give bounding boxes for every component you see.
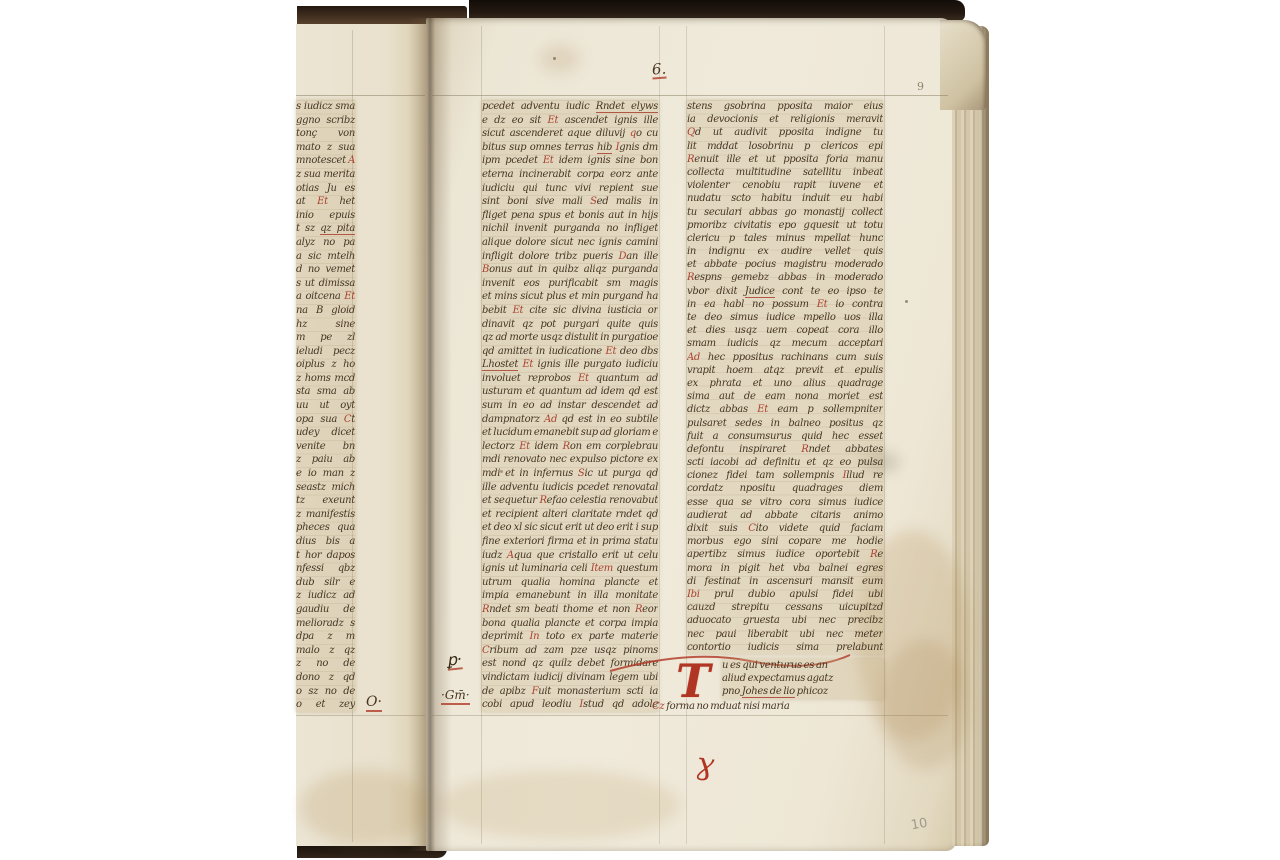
manuscript-line: clericu p tales minus mpellat hunc <box>687 232 883 245</box>
manuscript-line: pulsaret sedes in balneo positus qz <box>687 417 883 430</box>
right-page-column-2: stens gsobrina pposita maior eiusia devo… <box>687 100 883 654</box>
manuscript-line: tonç von <box>296 127 355 141</box>
manuscript-line: scti iacobi ad definitu et qz eo pulsa <box>687 456 883 469</box>
manuscript-line: cobi apud leodiu Istud qd adole <box>482 698 658 712</box>
manuscript-line: bona qualia plancte et corpa impia <box>482 617 658 631</box>
manuscript-line: o sz no de <box>296 685 355 699</box>
ruling-line <box>296 95 425 96</box>
manuscript-line: sint boni sive mali Sed malis in <box>482 195 658 209</box>
manuscript-line: mnotescet A <box>296 154 355 168</box>
manuscript-line: Bonus aut in quibz aliqz purganda <box>482 263 658 277</box>
manuscript-line: defontu inspiraret Rndet abbates <box>687 443 883 456</box>
manuscript-line: involuet reprobos Et quantum ad calid <box>482 372 658 386</box>
manuscript-line: et sequetur Refao celestia renovabut <box>482 494 658 508</box>
manuscript-line: impia emanebunt in illa monitate <box>482 589 658 603</box>
manuscript-line: Qd ut audivit pposita indigne tu <box>687 126 883 139</box>
manuscript-line: pno Johes de lio phicoz <box>722 685 884 698</box>
manuscript-line: m pe zl <box>296 331 355 345</box>
manuscript-line: cionez fidei tam sollempnis Illud re <box>687 469 883 482</box>
manuscript-line: udey dicet <box>296 426 355 440</box>
manuscript-line: seastz mich <box>296 481 355 495</box>
manuscript-line: ex phrata et uno alius quadrage <box>687 377 883 390</box>
manuscript-line: aliud expectamus agatz <box>722 672 884 685</box>
manuscript-line: collecta multitudine satellitu inbeat <box>687 166 883 179</box>
gutter-shadow <box>408 18 452 851</box>
manuscript-line: z manifestis <box>296 508 355 522</box>
final-paragraph-tail: Cz forma no mduat nisi maria <box>652 700 884 714</box>
manuscript-line: s ut dimissa <box>296 277 355 291</box>
manuscript-photo: s iudicz smaggno scribztonç vonmato z su… <box>0 0 1280 860</box>
manuscript-line: morbus ego sini copare me hodie <box>687 535 883 548</box>
manuscript-line: di festinat in ascensuri mansit eum <box>687 575 883 588</box>
manuscript-line: melioradz s <box>296 617 355 631</box>
margin-note-o: O· <box>366 695 382 712</box>
manuscript-line: smam iudicis qz mecum acceptari <box>687 337 883 350</box>
manuscript-line: otias Ju es <box>296 182 355 196</box>
water-stain <box>440 770 680 840</box>
final-paragraph: u es qui venturus es analiud expectamus … <box>722 659 884 699</box>
manuscript-line: pcedet adventu iudic Rndet elyws <box>482 100 658 114</box>
manuscript-line: et dies usqz uem copeat cora illo <box>687 324 883 337</box>
manuscript-line: z sua merita <box>296 168 355 182</box>
water-stain <box>880 640 970 770</box>
manuscript-line: et abbate pocius magistru moderado <box>687 258 883 271</box>
stain-spot <box>540 45 580 73</box>
manuscript-line: na B gloid <box>296 304 355 318</box>
manuscript-line: mdi et in infernus Sic ut purga qd ignis <box>482 467 658 481</box>
manuscript-line: z iudicz ad <box>296 589 355 603</box>
manuscript-line: lectorz Et idem Ron em corplebrau <box>482 440 658 454</box>
manuscript-line: qz ad morte usqz distulit in purgatioe <box>482 331 658 345</box>
margin-note-p: ꝑ· <box>446 652 463 671</box>
manuscript-line: e dz eo sit Et ascendet ignis ille <box>482 114 658 128</box>
manuscript-line: violenter cenobiu rapit iuvene et <box>687 179 883 192</box>
left-page-text-column: s iudicz smaggno scribztonç vonmato z su… <box>296 100 355 712</box>
manuscript-line: iudiciu qui tunc vivi repient sue <box>482 182 658 196</box>
manuscript-line: sta sma ab <box>296 385 355 399</box>
manuscript-line: te deo simus iudice mpello uos illa <box>687 311 883 324</box>
manuscript-line: vbor dixit Judice cont te eo ipso te <box>687 285 883 298</box>
manuscript-line: t hor dapos <box>296 549 355 563</box>
manuscript-line: opa sua Ct <box>296 413 355 427</box>
manuscript-line: alique dolore sicut nec ignis camini <box>482 236 658 250</box>
manuscript-line: et deo xl sic sicut erit ut deo erit i s… <box>482 521 658 535</box>
manuscript-line: o et zey ignis <box>296 698 355 712</box>
manuscript-line: eterna incinerabit corpa eorz ante <box>482 168 658 182</box>
manuscript-line: mora in pigit het vba balnei egres <box>687 562 883 575</box>
manuscript-line: ille adventu iudicis pcedet renovatal <box>482 481 658 495</box>
manuscript-line: Lhostet Et ignis ille purgato iudiciu <box>482 358 658 372</box>
manuscript-line: dampnatorz Ad qd est in eo subtile <box>482 413 658 427</box>
manuscript-line: invenit eos purificabit sm magis <box>482 277 658 291</box>
manuscript-line: usturam et quantum ad idem qd est gros <box>482 385 658 399</box>
manuscript-line: at Et het <box>296 195 355 209</box>
ruling-line <box>432 95 948 96</box>
manuscript-line: infligit dolore tribz pueris Dan ille <box>482 250 658 264</box>
manuscript-line: qd amittet in iudicatione Et deo dbs <box>482 345 658 359</box>
manuscript-line: et recipient alteri claritate rndet qd <box>482 508 658 522</box>
manuscript-line: s iudicz sma <box>296 100 355 114</box>
manuscript-line: tu seculari abbas go monastij collect <box>687 206 883 219</box>
manuscript-line: z homs mcd <box>296 372 355 386</box>
manuscript-line: inio epuis <box>296 209 355 223</box>
ruling-line <box>296 715 425 716</box>
manuscript-line: z no de <box>296 657 355 671</box>
manuscript-line: Ibi prul dubio apulsi fidei ubi <box>687 588 883 601</box>
ruling-line <box>659 26 660 844</box>
manuscript-line: a sic mtelh <box>296 250 355 264</box>
manuscript-line: gaudiu de <box>296 603 355 617</box>
manuscript-line: dinavit qz pot purgari quite quis <box>482 318 658 332</box>
manuscript-line: oiplus z ho <box>296 358 355 372</box>
manuscript-line: nudatu scto habitu induit eu habi <box>687 192 883 205</box>
foxing-speck <box>905 300 908 303</box>
manuscript-line: esse qua se vitro cora simus iudice <box>687 496 883 509</box>
foxing-speck <box>553 57 556 60</box>
manuscript-line: cauzd strepitu cessans uicupitzd <box>687 601 883 614</box>
manuscript-line: dictz abbas Et eam p sollempniter <box>687 403 883 416</box>
folio-number-top: 9 <box>917 80 924 93</box>
manuscript-line: aduocato gruesta ubi nec precibz <box>687 614 883 627</box>
manuscript-line: apertibz simus iudice oportebit Re <box>687 548 883 561</box>
manuscript-line: venite bn <box>296 440 355 454</box>
manuscript-line: Respns gemebz abbas in moderado <box>687 271 883 284</box>
manuscript-line: e io man z <box>296 467 355 481</box>
manuscript-line: iudz Aqua que cristallo erit ut celu <box>482 549 658 563</box>
manuscript-line: in ea habl no possum Et io contra <box>687 298 883 311</box>
manuscript-line: in indignu ex audire vellet quis <box>687 245 883 258</box>
manuscript-line: dub silr e <box>296 576 355 590</box>
manuscript-line: dixit suis Cito videte quid faciam <box>687 522 883 535</box>
margin-note-gm: ·Gm̄· <box>441 688 470 705</box>
manuscript-line: nfessi qbz <box>296 562 355 576</box>
manuscript-line: ieludi pecz <box>296 345 355 359</box>
manuscript-line: z paiu ab <box>296 453 355 467</box>
manuscript-line: ia devocionis et religionis meravit <box>687 113 883 126</box>
manuscript-line: sima aut de eam nona moriet est <box>687 390 883 403</box>
manuscript-line: nichil invenit purganda no infliget <box>482 222 658 236</box>
manuscript-line: cordatz npositu quadrages diem <box>687 482 883 495</box>
manuscript-line: de apibz Fuit monasterium scti ia <box>482 685 658 699</box>
page-corner-stack <box>940 20 986 110</box>
manuscript-line: ggno scribz <box>296 114 355 128</box>
manuscript-line: nec paui liberabit ubi nec meter <box>687 628 883 641</box>
manuscript-line: lit mddat losobrinu p clericos epi <box>687 140 883 153</box>
right-page-column-1: pcedet adventu iudic Rndet elywse dz eo … <box>482 100 658 712</box>
water-stain <box>300 770 430 845</box>
manuscript-line: u es qui venturus es an <box>722 659 884 672</box>
manuscript-line: utrum qualia homina plancte et corpa <box>482 576 658 590</box>
manuscript-line: dpa z m <box>296 630 355 644</box>
manuscript-line: dono z qd <box>296 671 355 685</box>
quire-mark: 6. <box>651 62 666 80</box>
manuscript-line: et lucidum emanebit sup ad gloriam e <box>482 426 658 440</box>
manuscript-line: malo z qz <box>296 644 355 658</box>
manuscript-line: vrapit hoem atqz previt et epulis <box>687 364 883 377</box>
manuscript-line: ignis ut luminaria celi Item questum <box>482 562 658 576</box>
manuscript-line: a oitcena Et <box>296 290 355 304</box>
ruling-line <box>432 715 948 716</box>
manuscript-line: tz exeunt <box>296 494 355 508</box>
manuscript-line: mato z sua <box>296 141 355 155</box>
manuscript-line: Rndet sm beati thome et non Reor <box>482 603 658 617</box>
manuscript-line: alyz no pa <box>296 236 355 250</box>
manuscript-line: audierat ad abbate citaris animo <box>687 509 883 522</box>
manuscript-line: Renuit ille et ut pposita foria manu <box>687 153 883 166</box>
manuscript-line: pmoribz civitatis epo gquesit ut totu <box>687 219 883 232</box>
manuscript-line: uu ut oyt <box>296 399 355 413</box>
folio-number-pencil: 10 <box>910 816 929 834</box>
manuscript-line: t sz qz pita <box>296 222 355 236</box>
manuscript-line: fuit a consumsurus quid hec esset <box>687 430 883 443</box>
manuscript-line: sicut ascenderet aque diluvij qo cu <box>482 127 658 141</box>
manuscript-line: bitus sup omnes terras hib Ignis dm <box>482 141 658 155</box>
manuscript-line: bebit Et cite sic divina iusticia or <box>482 304 658 318</box>
manuscript-line: Cz forma no mduat nisi maria <box>652 700 884 714</box>
manuscript-line: mdi renovato nec expulso pictore ex <box>482 453 658 467</box>
manuscript-line: fine exteriori firma et in prima statu <box>482 535 658 549</box>
manuscript-line: stens gsobrina pposita maior eius <box>687 100 883 113</box>
manuscript-line: Ad hec ppositus rachinans cum suis <box>687 351 883 364</box>
manuscript-line: hz sine spatu <box>296 318 355 332</box>
manuscript-line: d no vemet <box>296 263 355 277</box>
manuscript-line: fliget pena spus et bonis aut in hijs <box>482 209 658 223</box>
manuscript-line: sum in eo ad instar descendet ad pena <box>482 399 658 413</box>
manuscript-line: ipm pcedet Et idem ignis sine bon <box>482 154 658 168</box>
manuscript-line: pheces qua <box>296 521 355 535</box>
manuscript-line: dius bis a <box>296 535 355 549</box>
manuscript-line: et mins sicut plus et min purgand ha <box>482 290 658 304</box>
